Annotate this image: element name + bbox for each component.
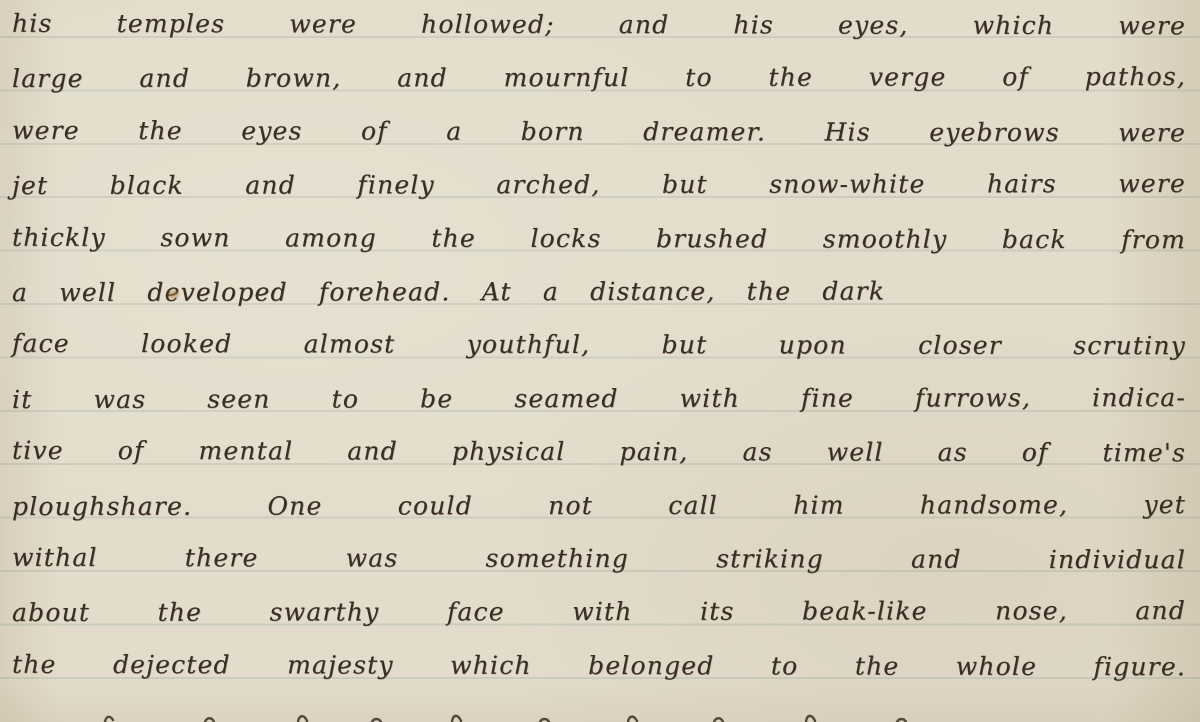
manuscript-line: withal there was something striking and … [12,533,1186,589]
manuscript-line: were the eyes of a born dreamer. His eye… [12,106,1186,162]
manuscript-line: it was seen to be seamed with fine furro… [12,373,1186,428]
manuscript-line: ploughshare. One could not call him hand… [12,479,1186,534]
manuscript-line: face looked almost youthful, but upon cl… [12,319,1186,375]
manuscript-line: a well developed forehead. At a distance… [12,266,1186,321]
manuscript-line: thickly sown among the locks brushed smo… [12,212,1186,268]
ink-stain [168,290,179,299]
manuscript-text-block: his temples were hollowed; and his eyes,… [0,0,1200,722]
manuscript-line: the dejected majesty which belonged to t… [12,639,1186,695]
manuscript-line: his temples were hollowed; and his eyes,… [12,0,1186,55]
manuscript-line: about the swarthy face with its beak-lik… [12,586,1186,641]
manuscript-line: large and brown, and mournful to the ver… [12,52,1186,107]
clipped-line-ink-strokes [0,712,1200,722]
manuscript-page: his temples were hollowed; and his eyes,… [0,0,1200,722]
manuscript-line: tive of mental and physical pain, as wel… [12,426,1186,482]
manuscript-line: jet black and finely arched, but snow-wh… [12,159,1186,214]
